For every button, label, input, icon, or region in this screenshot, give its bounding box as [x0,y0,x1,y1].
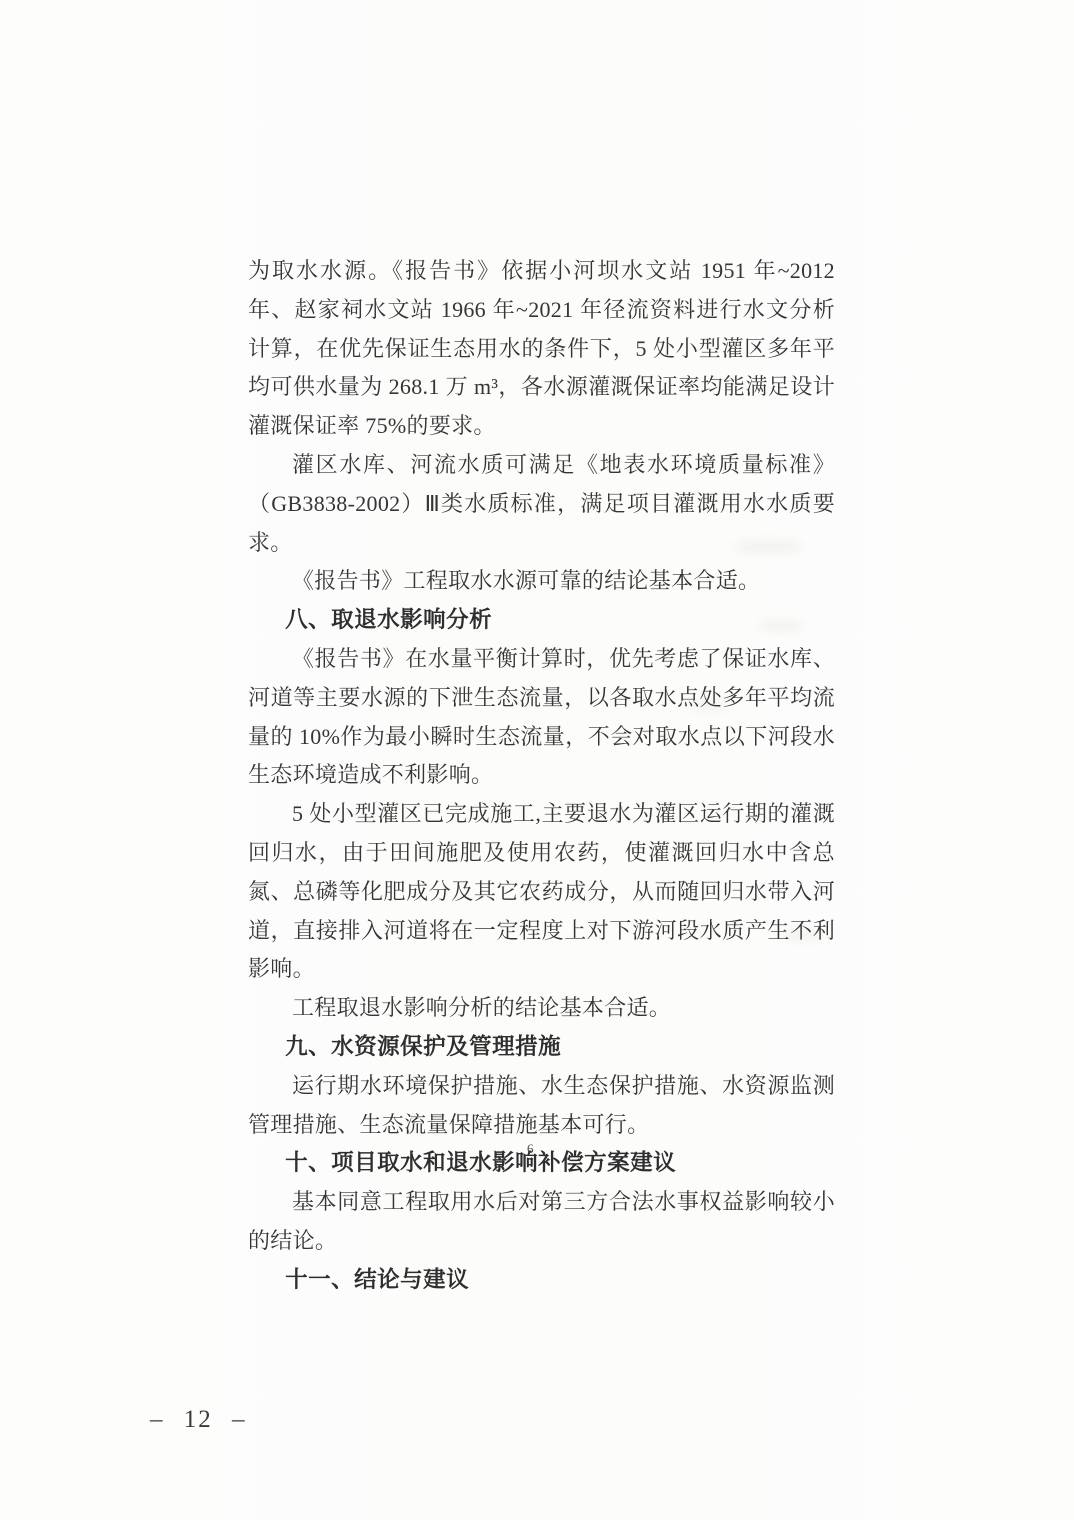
section-heading: 八、取退水影响分析 [248,601,835,640]
paragraph: 基本同意工程取用水后对第三方合法水事权益影响较小的结论。 [248,1183,835,1261]
section-heading: 十一、结论与建议 [248,1261,835,1300]
footer-page-number: – 12 – [150,1406,247,1434]
paragraph: 《报告书》工程取水水源可靠的结论基本合适。 [248,562,835,601]
paragraph: 运行期水环境保护措施、水生态保护措施、水资源监测管理措施、生态流量保障措施基本可… [248,1067,835,1145]
paragraph: 工程取退水影响分析的结论基本合适。 [248,989,835,1028]
document-body: 为取水水源。《报告书》依据小河坝水文站 1951 年~2012 年、赵家祠水文站… [248,252,835,1300]
paragraph: 《报告书》在水量平衡计算时，优先考虑了保证水库、河道等主要水源的下泄生态流量，以… [248,640,835,795]
section-heading: 九、水资源保护及管理措施 [248,1028,835,1067]
paragraph: 灌区水库、河流水质可满足《地表水环境质量标准》（GB3838-2002）Ⅲ类水质… [248,446,835,562]
paragraph: 为取水水源。《报告书》依据小河坝水文站 1951 年~2012 年、赵家祠水文站… [248,252,835,446]
document-page: 为取水水源。《报告书》依据小河坝水文站 1951 年~2012 年、赵家祠水文站… [0,0,1074,1520]
inner-page-number: 6 [527,1141,534,1157]
paragraph: 5 处小型灌区已完成施工,主要退水为灌区运行期的灌溉回归水，由于田间施肥及使用农… [248,795,835,989]
section-heading: 十、项目取水和退水影响补偿方案建议 [248,1144,835,1183]
